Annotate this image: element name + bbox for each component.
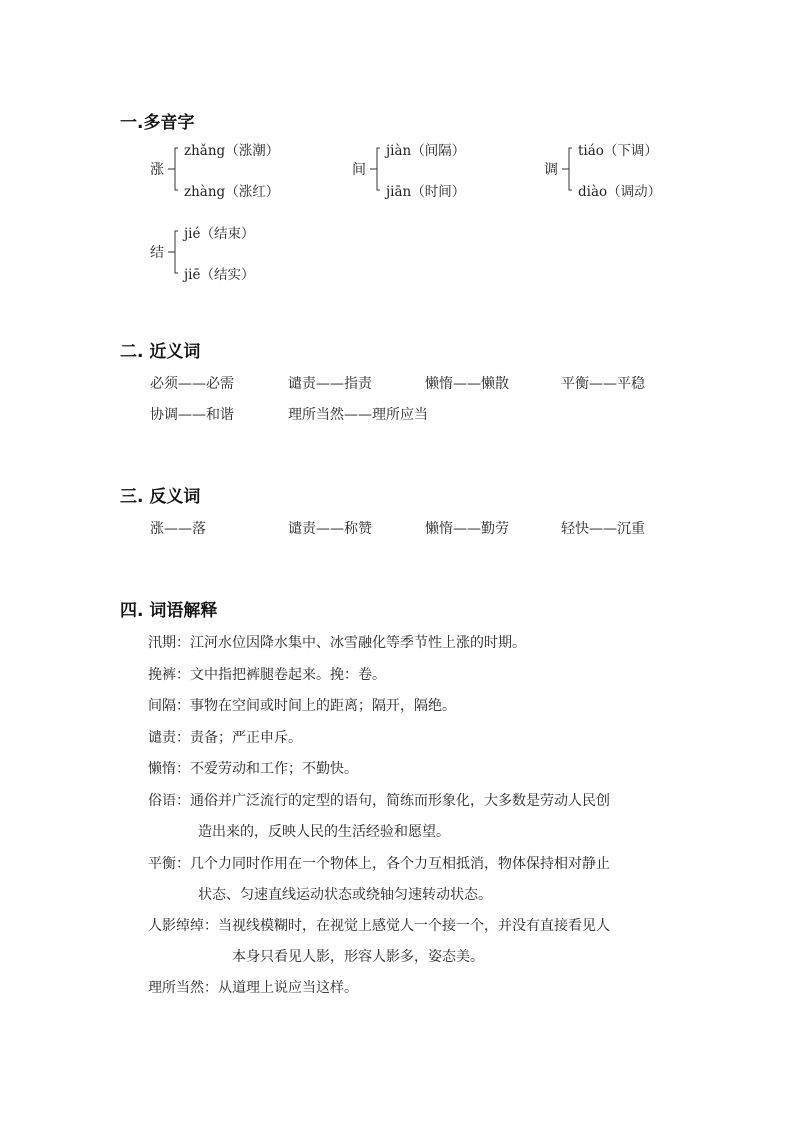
synonym-pair: 必须——必需 — [150, 373, 234, 393]
definition: 人影绰绰：当视线模糊时，在视觉上感觉人一个接一个，并没有直接看见人 — [148, 915, 610, 935]
synonym-pair: 平衡——平稳 — [561, 373, 645, 393]
reading: jiàn（间隔） — [386, 139, 465, 159]
section-title-synonyms: 二. 近义词 — [120, 337, 200, 362]
definition: 谴责：责备；严正申斥。 — [148, 727, 302, 747]
definition-continuation: 本身只看见人影，形容人影多，姿态美。 — [232, 946, 484, 966]
definition: 俗语：通俗并广泛流行的定型的语句，简练而形象化，大多数是劳动人民创 — [148, 790, 610, 810]
definition: 平衡：几个力同时作用在一个物体上，各个力互相抵消，物体保持相对静止 — [148, 853, 610, 873]
reading: tiáo（下调） — [578, 139, 658, 159]
definition-continuation: 造出来的，反映人民的生活经验和愿望。 — [198, 821, 450, 841]
bracket-icon — [370, 147, 386, 191]
definition: 挽裤：文中指把裤腿卷起来。挽：卷。 — [148, 664, 386, 684]
polyphone-char: 间 — [352, 159, 366, 179]
antonym-pair: 懒惰——勤劳 — [425, 518, 509, 538]
polyphone-char: 涨 — [150, 159, 164, 179]
antonym-pair: 谴责——称赞 — [288, 518, 372, 538]
polyphone-char: 结 — [150, 242, 164, 262]
section-title-antonyms: 三. 反义词 — [120, 482, 200, 507]
bracket-icon — [168, 230, 184, 274]
antonym-pair: 涨——落 — [150, 518, 206, 538]
synonym-pair: 理所当然——理所应当 — [288, 404, 428, 424]
bracket-icon — [562, 147, 578, 191]
reading: jiān（时间） — [386, 180, 465, 200]
section-title-definitions: 四. 词语解释 — [120, 596, 217, 621]
definition: 理所当然：从道理上说应当这样。 — [148, 977, 358, 997]
definition: 懒惰：不爱劳动和工作；不勤快。 — [148, 758, 358, 778]
definition-continuation: 状态、匀速直线运动状态或绕轴匀速转动状态。 — [198, 884, 492, 904]
reading: zhàng（涨红） — [184, 180, 279, 200]
reading: diào（调动） — [578, 180, 661, 200]
bracket-icon — [168, 147, 184, 191]
reading: jiē（结实） — [184, 263, 255, 283]
reading: jié（结束） — [184, 222, 255, 242]
definition: 间隔：事物在空间或时间上的距离；隔开，隔绝。 — [148, 695, 456, 715]
polyphone-char: 调 — [544, 159, 558, 179]
antonym-pair: 轻快——沉重 — [561, 518, 645, 538]
section-title-polyphonic: 一.多音字 — [120, 108, 194, 133]
definition: 汛期：江河水位因降水集中、冰雪融化等季节性上涨的时期。 — [148, 632, 526, 652]
synonym-pair: 协调——和谐 — [150, 404, 234, 424]
reading: zhǎng（涨潮） — [184, 139, 279, 159]
synonym-pair: 谴责——指责 — [288, 373, 372, 393]
synonym-pair: 懒惰——懒散 — [425, 373, 509, 393]
